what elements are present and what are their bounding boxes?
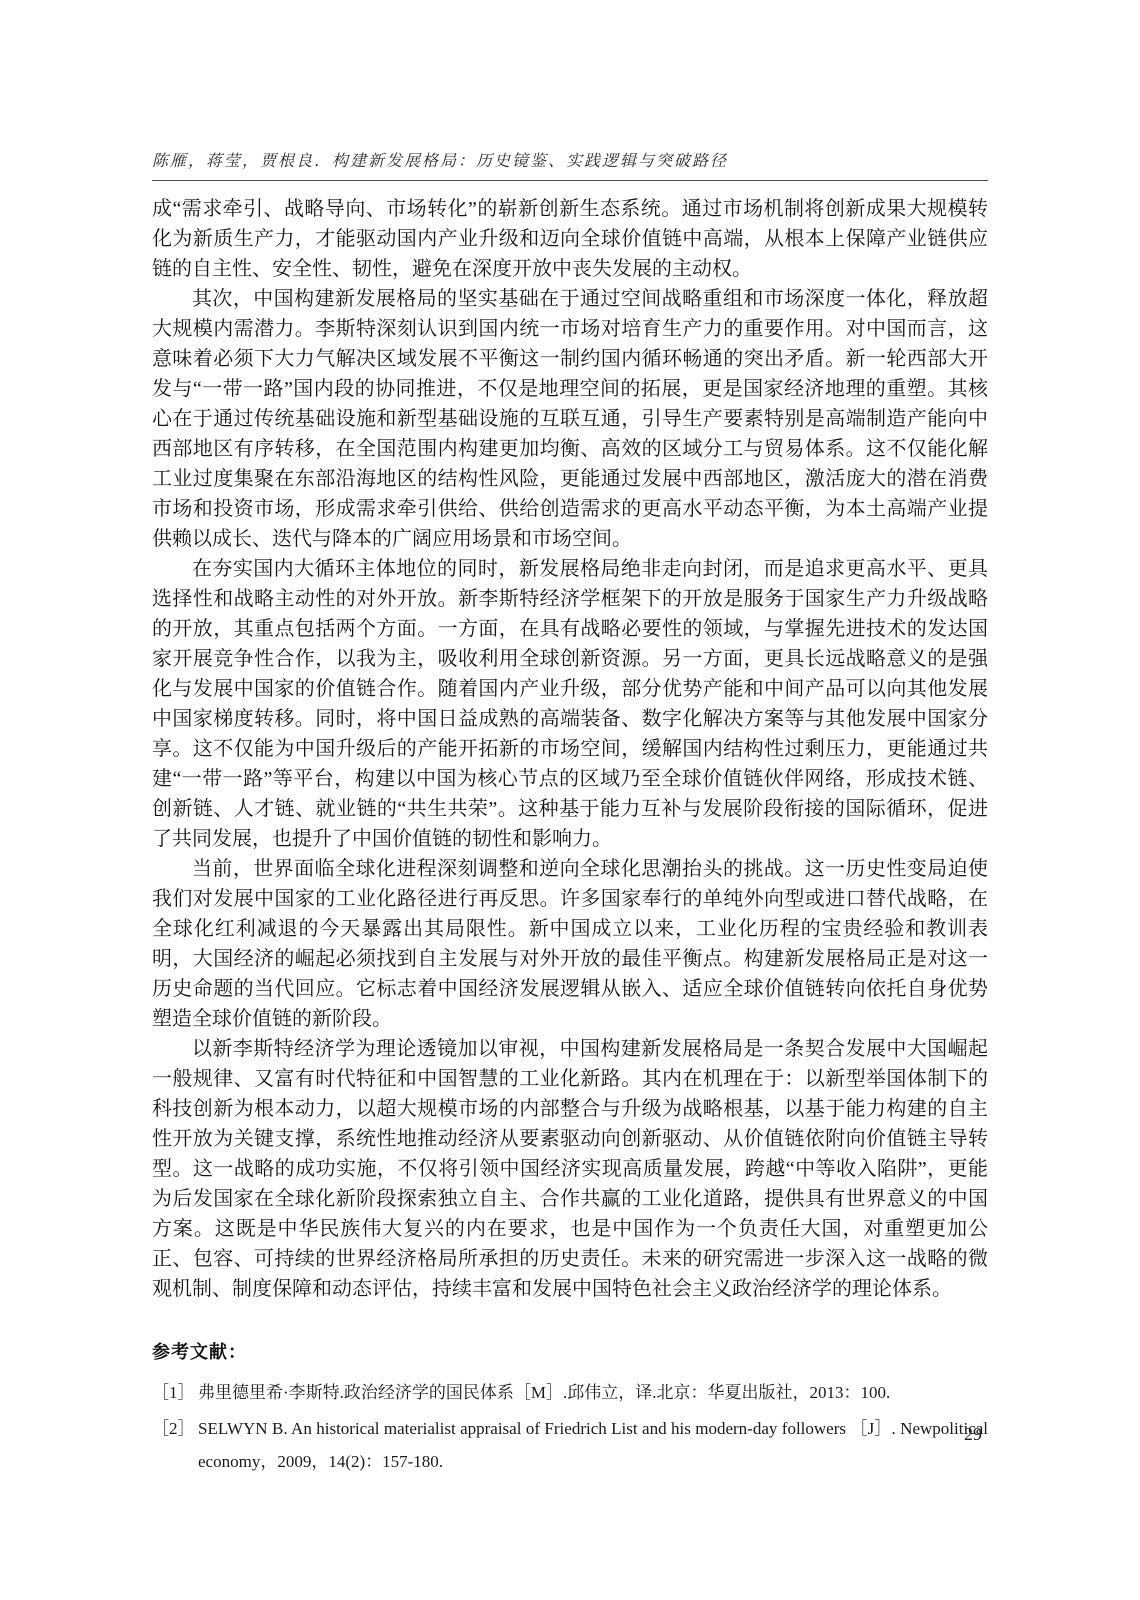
page-content: 陈雁，蒋莹，贾根良．构建新发展格局：历史镜鉴、实践逻辑与突破路径 成“需求牵引、… bbox=[152, 148, 988, 1481]
references-heading: 参考文献： bbox=[152, 1338, 988, 1364]
reference-number: ［2］ bbox=[152, 1412, 198, 1478]
references-section: 参考文献： ［1］ 弗里德里希·李斯特.政治经济学的国民体系［M］.邱伟立，译.… bbox=[152, 1338, 988, 1478]
body-paragraph: 成“需求牵引、战略导向、市场转化”的崭新创新生态系统。通过市场机制将创新成果大规… bbox=[152, 194, 988, 284]
paper-page: 陈雁，蒋莹，贾根良．构建新发展格局：历史镜鉴、实践逻辑与突破路径 成“需求牵引、… bbox=[0, 0, 1140, 1600]
reference-text: SELWYN B. An historical materialist appr… bbox=[198, 1412, 988, 1478]
body-paragraph: 其次，中国构建新发展格局的坚实基础在于通过空间战略重组和市场深度一体化，释放超大… bbox=[152, 284, 988, 554]
reference-item: ［1］ 弗里德里希·李斯特.政治经济学的国民体系［M］.邱伟立，译.北京：华夏出… bbox=[152, 1376, 988, 1409]
body-paragraph: 以新李斯特经济学为理论透镜加以审视，中国构建新发展格局是一条契合发展中大国崛起一… bbox=[152, 1034, 988, 1304]
running-head: 陈雁，蒋莹，贾根良．构建新发展格局：历史镜鉴、实践逻辑与突破路径 bbox=[152, 148, 988, 181]
reference-item: ［2］ SELWYN B. An historical materialist … bbox=[152, 1412, 988, 1478]
article-body: 成“需求牵引、战略导向、市场转化”的崭新创新生态系统。通过市场机制将创新成果大规… bbox=[152, 194, 988, 1304]
reference-text: 弗里德里希·李斯特.政治经济学的国民体系［M］.邱伟立，译.北京：华夏出版社，2… bbox=[198, 1376, 988, 1409]
references-list: ［1］ 弗里德里希·李斯特.政治经济学的国民体系［M］.邱伟立，译.北京：华夏出… bbox=[152, 1376, 988, 1478]
page-number: 29 bbox=[964, 1424, 982, 1445]
body-paragraph: 当前，世界面临全球化进程深刻调整和逆向全球化思潮抬头的挑战。这一历史性变局迫使我… bbox=[152, 854, 988, 1034]
body-paragraph: 在夯实国内大循环主体地位的同时，新发展格局绝非走向封闭，而是追求更高水平、更具选… bbox=[152, 554, 988, 854]
reference-number: ［1］ bbox=[152, 1376, 198, 1409]
